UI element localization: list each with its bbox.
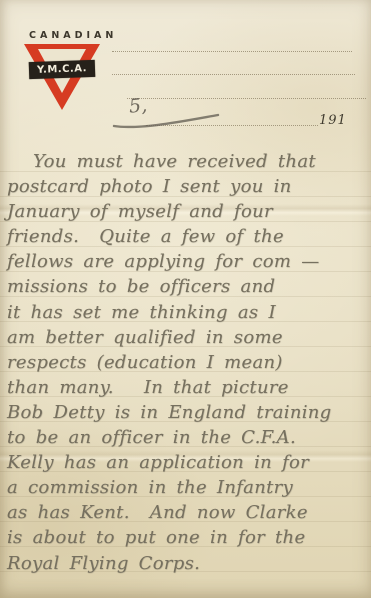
handwritten-line: Royal Flying Corps. (7, 553, 369, 578)
write-on-line-3 (127, 98, 366, 99)
canadian-label: CANADIAN (29, 30, 117, 41)
handwritten-line: postcard photo I sent you in (7, 176, 369, 201)
handwritten-line: You must have received that (7, 151, 369, 176)
handwritten-line: Bob Detty is in England training (7, 402, 369, 427)
handwritten-line: a commission in the Infantry (7, 477, 369, 502)
handwritten-line: respects (education I mean) (7, 352, 369, 377)
handwritten-line: am better qualified in some (7, 327, 369, 352)
handwritten-line: to be an officer in the C.F.A. (7, 427, 369, 452)
handwritten-line: January of myself and four (7, 201, 369, 226)
letter-body: You must have received that postcard pho… (7, 151, 369, 578)
ymca-bar: Y.M.C.A. (29, 60, 96, 79)
handwritten-line: Kelly has an application in for (7, 452, 369, 477)
handwritten-line: friends. Quite a few of the (7, 226, 369, 251)
letter-page: CANADIAN Y.M.C.A. 191 5, You must have r… (0, 0, 371, 598)
handwritten-line: is about to put one in for the (7, 527, 369, 552)
handwritten-line: fellows are applying for com — (7, 251, 369, 276)
handwritten-line: than many. In that picture (7, 377, 369, 402)
write-on-line-1 (112, 51, 352, 52)
underline-flourish (112, 109, 222, 135)
year-prefix: 191 (319, 113, 347, 128)
handwritten-line: missions to be officers and (7, 276, 369, 301)
handwritten-line: as has Kent. And now Clarke (7, 502, 369, 527)
handwritten-line: it has set me thinking as I (7, 302, 369, 327)
ymca-label: Y.M.C.A. (37, 63, 87, 76)
write-on-line-2 (112, 74, 355, 75)
